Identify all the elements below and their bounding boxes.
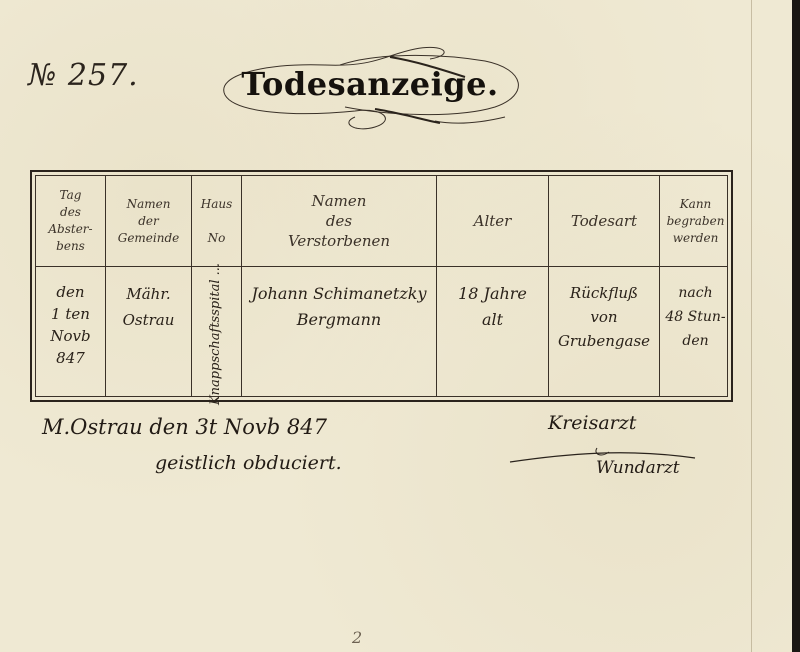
cell-house-number: Knappschaftsspital ... bbox=[192, 267, 241, 401]
cause-line: Rückfluß bbox=[570, 281, 638, 305]
date-line: 847 bbox=[56, 347, 85, 369]
death-notice-page: № 257. Todesanzeige. Tag des Abster- ben… bbox=[0, 0, 792, 652]
cell-municipality: Mähr. Ostrau bbox=[106, 267, 191, 401]
header-house-number: Haus No bbox=[192, 176, 241, 266]
house-number-text: Knappschaftsspital ... bbox=[209, 263, 225, 405]
burial-line: nach bbox=[678, 281, 712, 305]
header-age: Alter bbox=[437, 176, 548, 266]
cause-line: von bbox=[590, 305, 617, 329]
burial-line: den bbox=[682, 329, 708, 353]
age-line: 18 Jahre bbox=[458, 281, 527, 307]
municipality-line: Ostrau bbox=[123, 307, 175, 333]
examination-note: geistlich obduciert. bbox=[155, 452, 342, 474]
signature-primary: Kreisarzt bbox=[548, 412, 636, 434]
cell-age: 18 Jahre alt bbox=[437, 267, 548, 401]
burial-line: 48 Stun- bbox=[665, 305, 725, 329]
header-burial-permitted: Kann begraben werden bbox=[660, 176, 731, 266]
cell-date-of-death: den 1 ten Novb 847 bbox=[36, 267, 105, 401]
municipality-line: Mähr. bbox=[126, 281, 170, 307]
signature-secondary: Wundarzt bbox=[596, 458, 680, 478]
document-number: № 257. bbox=[28, 58, 139, 93]
cell-burial-permitted: nach 48 Stun- den bbox=[660, 267, 731, 401]
cell-cause-of-death: Rückfluß von Grubengase bbox=[549, 267, 659, 401]
deceased-name: Johann Schimanetzky bbox=[251, 281, 426, 307]
paper-fold-line bbox=[751, 0, 752, 652]
cause-line: Grubengase bbox=[558, 329, 650, 353]
date-line: den bbox=[56, 281, 84, 303]
header-municipality: Namen der Gemeinde bbox=[106, 176, 191, 266]
place-and-date: M.Ostrau den 3t Novb 847 bbox=[42, 415, 327, 439]
document-title: Todesanzeige. bbox=[205, 65, 535, 103]
table-inner-frame: Tag des Abster- bens Namen der Gemeinde … bbox=[35, 175, 728, 397]
age-line: alt bbox=[482, 307, 503, 333]
date-line: 1 ten bbox=[51, 303, 90, 325]
cell-name-of-deceased: Johann Schimanetzky Bergmann bbox=[242, 267, 436, 401]
header-name-of-deceased: Namen des Verstorbenen bbox=[242, 176, 436, 266]
date-line: Novb bbox=[50, 325, 90, 347]
title-cartouche: Todesanzeige. bbox=[205, 35, 535, 135]
deceased-occupation: Bergmann bbox=[297, 307, 381, 333]
header-cause-of-death: Todesart bbox=[549, 176, 659, 266]
death-record-table: Tag des Abster- bens Namen der Gemeinde … bbox=[30, 170, 733, 402]
page-number-mark: 2 bbox=[352, 628, 362, 647]
header-date-of-death: Tag des Abster- bens bbox=[36, 176, 105, 266]
